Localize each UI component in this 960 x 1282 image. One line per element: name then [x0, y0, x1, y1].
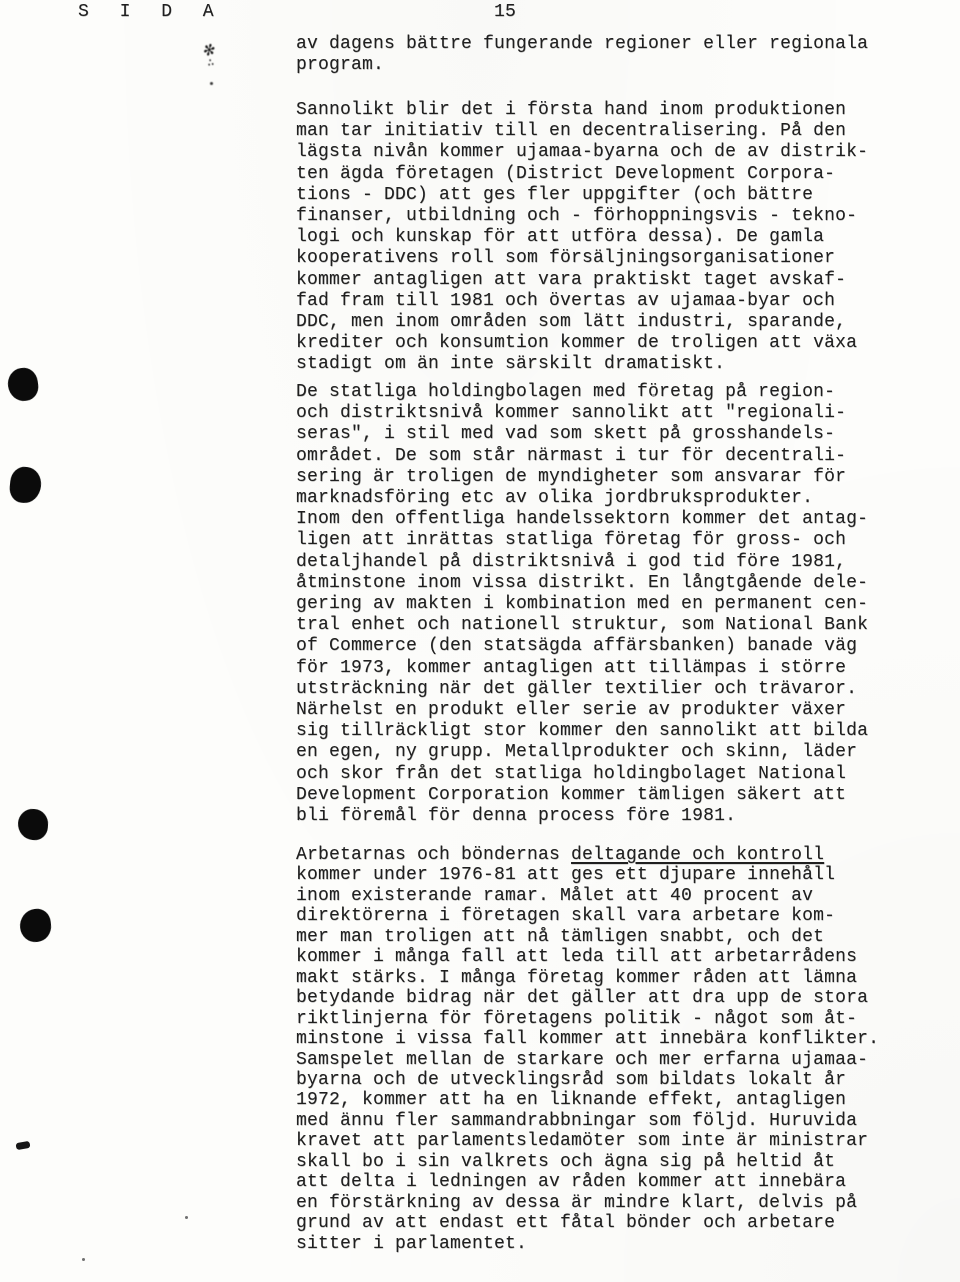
scanned-document-page: S I D A 15 ✻∴ av dagens bättre fungerand… — [0, 0, 960, 1282]
paragraph-decentralisering: Sannolikt blir det i första hand inom pr… — [296, 100, 902, 376]
scan-speck — [82, 1258, 85, 1261]
ink-smudge-mark: ✻∴ — [204, 42, 224, 88]
paragraph-rest-text: kommer under 1976-81 att ges ett djupare… — [296, 865, 902, 1254]
page-number: 15 — [494, 2, 516, 22]
ink-blot — [17, 808, 49, 841]
paragraph-lead-text: Arbetarnas och böndernas — [296, 845, 571, 865]
ink-blot — [6, 366, 40, 403]
scan-speck — [185, 1216, 188, 1219]
ink-blot — [8, 465, 43, 504]
underlined-phrase: deltagande och kontroll — [571, 845, 824, 865]
smudge-dot — [210, 82, 213, 85]
ink-blot — [18, 907, 52, 943]
smudge-glyph2-icon: ∴ — [206, 54, 216, 70]
paragraph-deltagande-kontroll: Arbetarnas och böndernas deltagande och … — [296, 845, 902, 1254]
paragraph-holdingbolagen: De statliga holdingbolagen med företag p… — [296, 382, 902, 827]
scan-speck — [652, 394, 655, 397]
header-organization: S I D A — [78, 2, 224, 22]
paragraph-regional-program: av dagens bättre fungerande regioner ell… — [296, 34, 902, 76]
margin-dash-mark — [15, 1141, 30, 1150]
